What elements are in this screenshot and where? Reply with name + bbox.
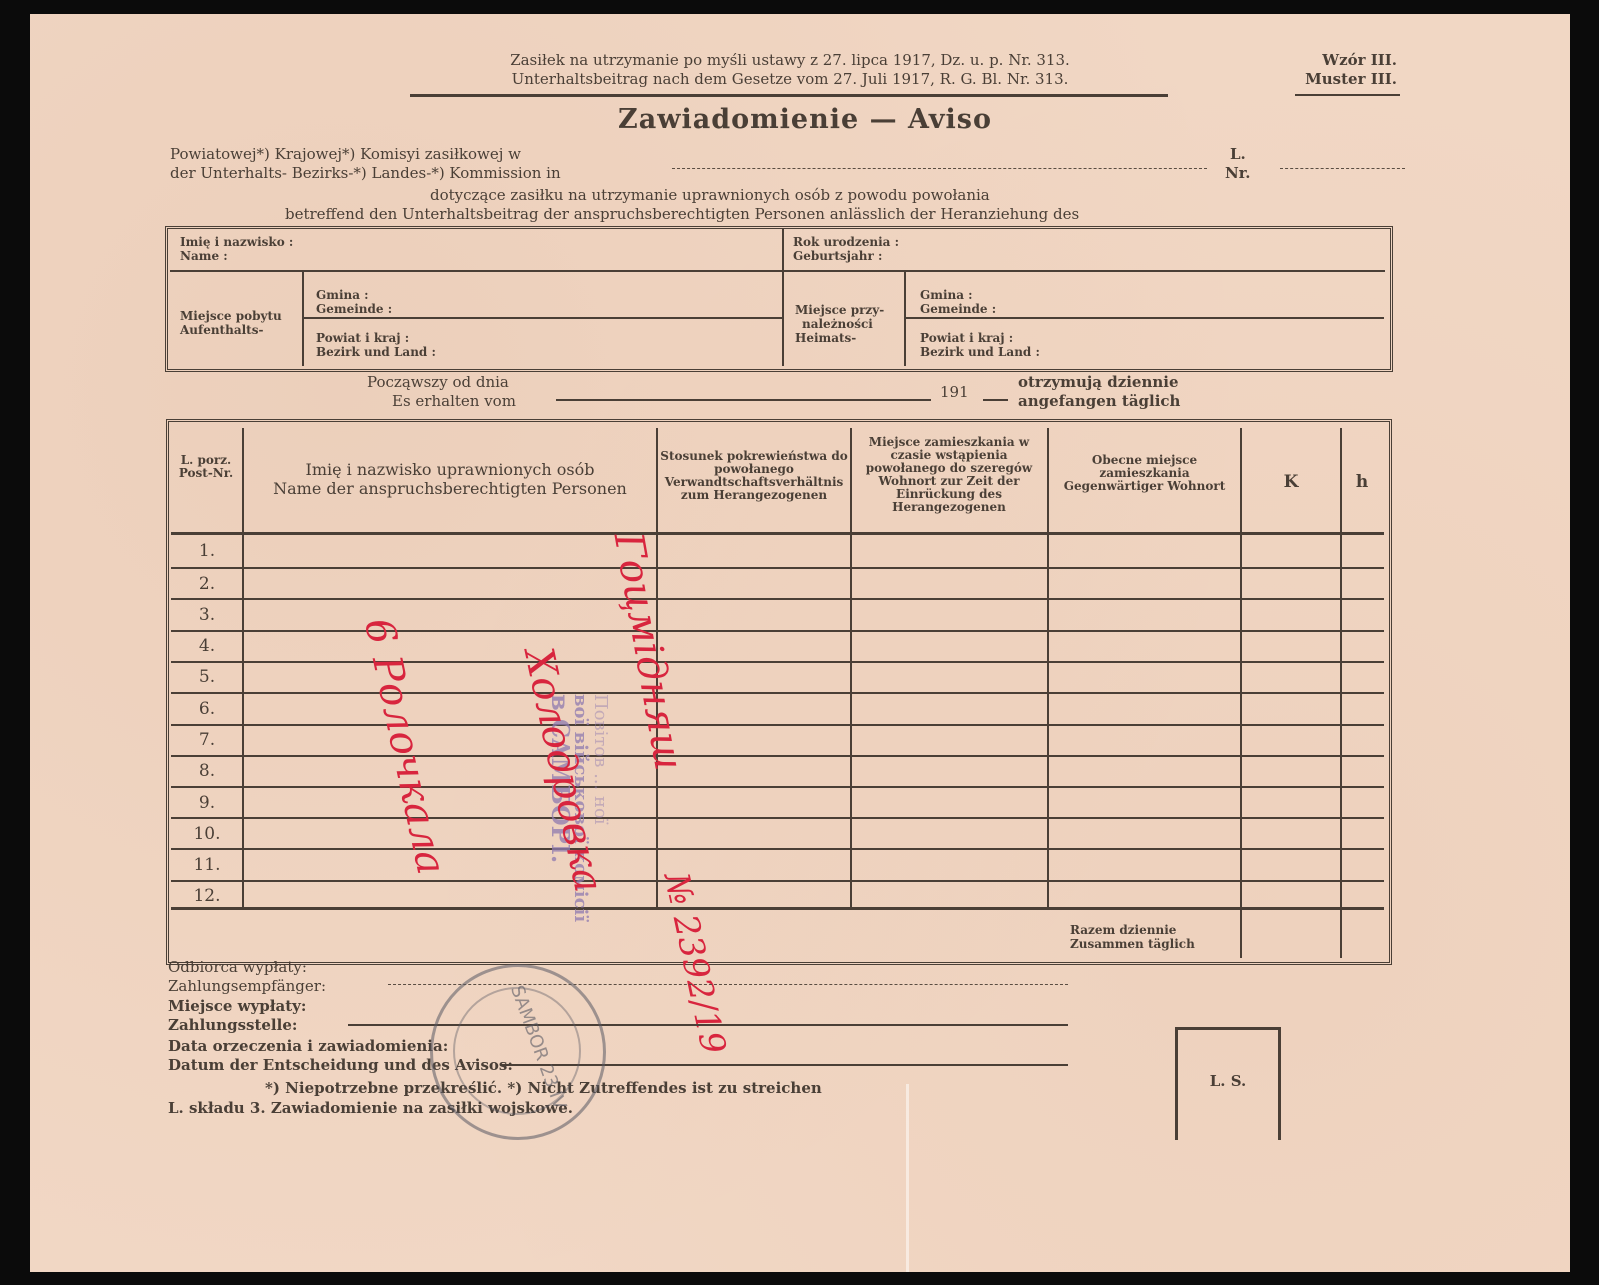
row-line <box>171 692 1384 694</box>
home-powiat: Powiat i kraj : <box>920 332 1013 345</box>
table-row-number: 6. <box>172 699 242 719</box>
residence-gemeinde: Gemeinde : <box>316 303 392 316</box>
header-line-pl: Zasiłek na utrzymanie po myśli ustawy z … <box>415 52 1165 69</box>
home-label-pl: Miejsce przy- <box>795 304 884 317</box>
seal-label: L. S. <box>1178 1072 1278 1090</box>
row-line <box>171 724 1384 726</box>
commission-line-de: der Unterhalts- Bezirks-*) Landes-*) Kom… <box>170 165 561 182</box>
total-label-de: Zusammen täglich <box>1070 938 1195 951</box>
table-row-number: 5. <box>172 667 242 687</box>
table-row-number: 8. <box>172 761 242 781</box>
home-gemeinde: Gemeinde : <box>920 303 996 316</box>
col-divider-4 <box>1047 428 1049 908</box>
header-h: h <box>1342 472 1382 492</box>
row-line <box>171 786 1384 788</box>
row-line <box>171 755 1384 757</box>
from-label-pl: Począwszy od dnia <box>367 374 509 391</box>
l-label: L. <box>1230 146 1246 163</box>
residence-divider <box>302 272 304 366</box>
residence-bezirk: Bezirk und Land : <box>316 346 436 359</box>
table-row-number: 10. <box>172 824 242 844</box>
concerning-pl: dotyczące zasiłku na utrzymanie uprawnio… <box>430 187 990 204</box>
residence-powiat: Powiat i kraj : <box>316 332 409 345</box>
header-k: K <box>1242 472 1340 492</box>
document-title: Zawiadomienie — Aviso <box>480 104 1130 135</box>
year-field[interactable] <box>983 399 1008 401</box>
form-number-pl: Wzór III. <box>1292 52 1397 69</box>
from-date-field[interactable] <box>556 399 931 401</box>
home-divider <box>904 272 906 366</box>
table-row-number: 3. <box>172 605 242 625</box>
header-residence-now: Obecne miejsce zamieszkania Gegenwärtige… <box>1052 454 1237 493</box>
document-paper: Zasiłek na utrzymanie po myśli ustawy z … <box>30 14 1570 1272</box>
decision-date-label-pl: Data orzeczenia i zawiadomienia: <box>168 1038 448 1055</box>
postmark-stamp: SAMBOR 23 IV <box>430 964 606 1140</box>
form-number-de: Muster III. <box>1292 71 1397 88</box>
number-field[interactable] <box>1280 168 1405 169</box>
nr-label: Nr. <box>1225 165 1250 182</box>
row-line <box>171 630 1384 632</box>
home-sub-divider <box>906 317 1384 319</box>
from-label-de: Es erhalten vom <box>392 393 516 410</box>
table-row-number: 1. <box>172 541 242 561</box>
residence-gmina: Gmina : <box>316 289 369 302</box>
col-divider-1 <box>242 428 244 908</box>
row-line <box>171 598 1384 600</box>
home-gmina: Gmina : <box>920 289 973 302</box>
header-name: Imię i nazwisko uprawnionych osób Name d… <box>245 460 655 498</box>
conscript-box-divider <box>170 270 1385 272</box>
form-number-rule <box>1295 94 1400 96</box>
table-row-number: 4. <box>172 636 242 656</box>
commission-line-pl: Powiatowej*) Krajowej*) Komisyi zasiłkow… <box>170 146 521 163</box>
home-label-pl2: należności <box>802 318 873 331</box>
receive-label-de: angefangen täglich <box>1018 393 1180 410</box>
header-residence-then: Miejsce zamieszkania w czasie wstąpienia… <box>854 436 1044 514</box>
birth-label-de: Geburtsjahr : <box>793 250 882 263</box>
residence-label-pl: Miejsce pobytu <box>180 310 282 323</box>
payee-label-de: Zahlungsempfänger: <box>168 978 326 995</box>
row-line <box>171 880 1384 882</box>
header-rule <box>410 94 1168 97</box>
payment-place-label-pl: Miejsce wypłaty: <box>168 998 306 1015</box>
residence-label-de: Aufenthalts- <box>180 324 263 337</box>
payment-place-label-de: Zahlungsstelle: <box>168 1017 297 1034</box>
header-name-pl: Imię i nazwisko uprawnionych osób <box>245 460 655 479</box>
receive-label-pl: otrzymują dziennie <box>1018 374 1179 391</box>
home-bezirk: Bezirk und Land : <box>920 346 1040 359</box>
total-label-pl: Razem dziennie <box>1070 924 1176 937</box>
paper-tear <box>906 1084 909 1274</box>
year-prefix: 191 <box>940 384 969 401</box>
header-relation: Stosunek pokrewieństwa do powołanego Ver… <box>660 450 848 502</box>
payee-label-pl: Odbiorca wypłaty: <box>168 959 307 976</box>
header-lp: L. porz. Post-Nr. <box>173 454 239 480</box>
residence-sub-divider <box>304 317 782 319</box>
name-label-pl: Imię i nazwisko : <box>180 236 293 249</box>
home-label-de: Heimats- <box>795 332 856 345</box>
table-row-number: 12. <box>172 886 242 906</box>
header-line-de: Unterhaltsbeitrag nach dem Gesetze vom 2… <box>415 71 1165 88</box>
table-row-number: 7. <box>172 730 242 750</box>
row-line <box>171 661 1384 663</box>
row-line <box>171 567 1384 569</box>
table-row-number: 11. <box>172 855 242 875</box>
commission-field[interactable] <box>672 168 1207 169</box>
header-name-de: Name der anspruchsberechtigten Personen <box>245 479 655 498</box>
col-divider-3 <box>850 428 852 908</box>
name-label-de: Name : <box>180 250 228 263</box>
table-row-number: 2. <box>172 574 242 594</box>
row-line <box>171 817 1384 819</box>
table-header-rule <box>171 532 1384 535</box>
row-line <box>171 848 1384 850</box>
concerning-de: betreffend den Unterhaltsbeitrag der ans… <box>285 206 1079 223</box>
header-lp-text: L. porz. Post-Nr. <box>179 453 233 480</box>
table-bottom-rule <box>171 907 1384 910</box>
table-row-number: 9. <box>172 793 242 813</box>
conscript-box-center-divider <box>782 229 784 366</box>
birth-label-pl: Rok urodzenia : <box>793 236 899 249</box>
